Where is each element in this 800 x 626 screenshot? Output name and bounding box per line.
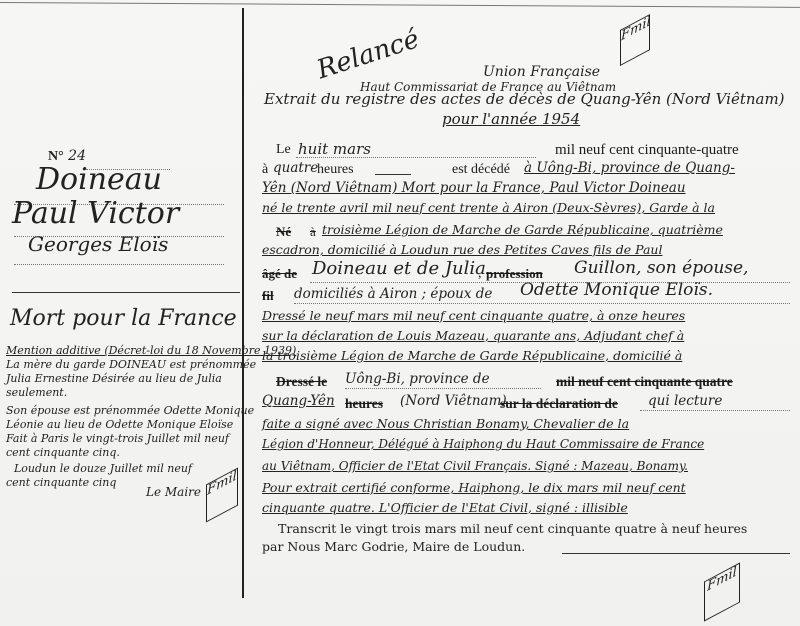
transcription-text: Transcrit le vingt trois mars mil neuf c… [278,521,747,536]
dotted-rule [14,264,224,265]
body-hand-text: à Uông-Bi, province de Quang- [524,160,735,176]
body-print-text: heures [317,162,354,178]
body-hand-text: la troisième Légion de Marche de Garde R… [262,348,682,363]
header-initials-mark: Fmil [620,14,650,66]
body-print-struck: fil [262,288,274,304]
body-hand-text: Guillon, son épouse, [574,258,748,278]
body-print-text: Le [276,142,291,158]
body-print-struck: Dressé le [276,374,327,390]
mayor-signature-mark: Fmil [206,467,238,522]
body-hand-text: huit mars [298,140,371,158]
margin-note-line: cent cinquante cinq. [6,446,120,459]
body-hand-text: (Nord Viêtnam) [400,393,507,409]
body-hand-text: au Viêtnam, Officier de l'Etat Civil Fra… [262,459,688,473]
body-print-text: mil neuf cent cinquante-quatre [555,142,739,159]
dotted-rule [294,303,790,304]
rule [375,174,411,175]
body-hand-text: Dressé le neuf mars mil neuf cent cinqua… [262,308,685,323]
margin-note-line: Loudun le douze Juillet mil neuf [14,462,192,475]
margin-note-line: Léonie au lieu de Odette Monique Eloïse [6,418,233,431]
body-hand-text: cinquante quatre. L'Officier de l'Etat C… [262,500,628,515]
body-hand-text: Légion d'Honneur, Délégué à Haiphong du … [262,437,704,451]
header-year: pour l'année 1954 [442,110,580,128]
body-print-struck: Né [276,224,291,240]
page-top-edge [0,2,800,8]
rule [562,553,790,554]
mort-pour-la-france-mention: Mort pour la France [10,306,237,331]
body-hand-text: faite a signé avec Nous Christian Bonamy… [262,416,629,431]
body-print-text: , [478,266,482,282]
body-hand-text: Odette Monique Eloïs. [520,280,713,300]
body-hand-text: sur la déclaration de Louis Mazeau, quar… [262,328,684,343]
body-hand-text: Uông-Bi, province de [345,371,490,387]
margin-note-line: La mère du garde DOINEAU est prénommée [6,358,256,371]
body-hand-text: qui lecture [648,393,722,409]
margin-note-line: Son épouse est prénommée Odette Monique [6,404,254,417]
body-print-text: à [262,162,268,178]
body-print-text: est décédé [452,162,510,178]
mayor-label: Le Maire [146,485,201,499]
margin-separator-rule [12,292,240,293]
body-hand-text: quatre [273,160,318,176]
body-hand-text: Pour extrait certifié conforme, Haiphong… [262,480,686,495]
body-print-struck: mil neuf cent cinquante quatre [556,374,733,390]
header-union-francaise: Union Française [483,64,600,80]
margin-divider-line [242,8,244,598]
relance-annotation: Relancé [313,24,423,85]
scanned-document-page: N° 24 Doineau Paul Victor Georges Eloïs … [0,0,800,626]
body-print-struck: heures [345,396,383,412]
body-print-struck: sur la déclaration de [500,396,618,412]
footer-signature-mark: Fmil [704,562,740,621]
body-hand-text: Doineau et de Julia [312,258,486,279]
dotted-rule [345,388,541,389]
margin-surname: Doineau [36,162,162,197]
body-hand-text: domiciliés à Airon ; époux de [294,286,492,302]
body-hand-text: troisième Légion de Marche de Garde Répu… [322,222,723,237]
body-hand-text: né le trente avril mil neuf cent trente … [262,200,715,215]
margin-note-line: Fait à Paris le vingt-trois Juillet mil … [6,432,229,445]
body-print-struck: âgé de [262,266,297,282]
margin-given-names: Paul Victor [12,196,179,231]
margin-note-line: Julia Ernestine Désirée au lieu de Julia [6,372,222,385]
dotted-rule [296,157,536,158]
dotted-rule [640,410,790,411]
header-extract-title: Extrait du registre des actes de décès d… [264,90,785,108]
transcription-text: par Nous Marc Godrie, Maire de Loudun. [262,539,525,554]
body-hand-text: Yên (Nord Viêtnam) Mort pour la France, … [262,180,686,196]
body-hand-text: Quang-Yên [262,393,335,409]
margin-note-line: cent cinquante cinq [6,476,116,489]
body-hand-text: escadron, domicilié à Loudun rue des Pet… [262,242,662,257]
margin-note-line: seulement. [6,386,67,399]
margin-note-line: Mention additive (Décret-loi du 18 Novem… [6,344,296,357]
body-print-struck: à [310,224,316,240]
margin-given-names-2: Georges Eloïs [28,232,168,256]
